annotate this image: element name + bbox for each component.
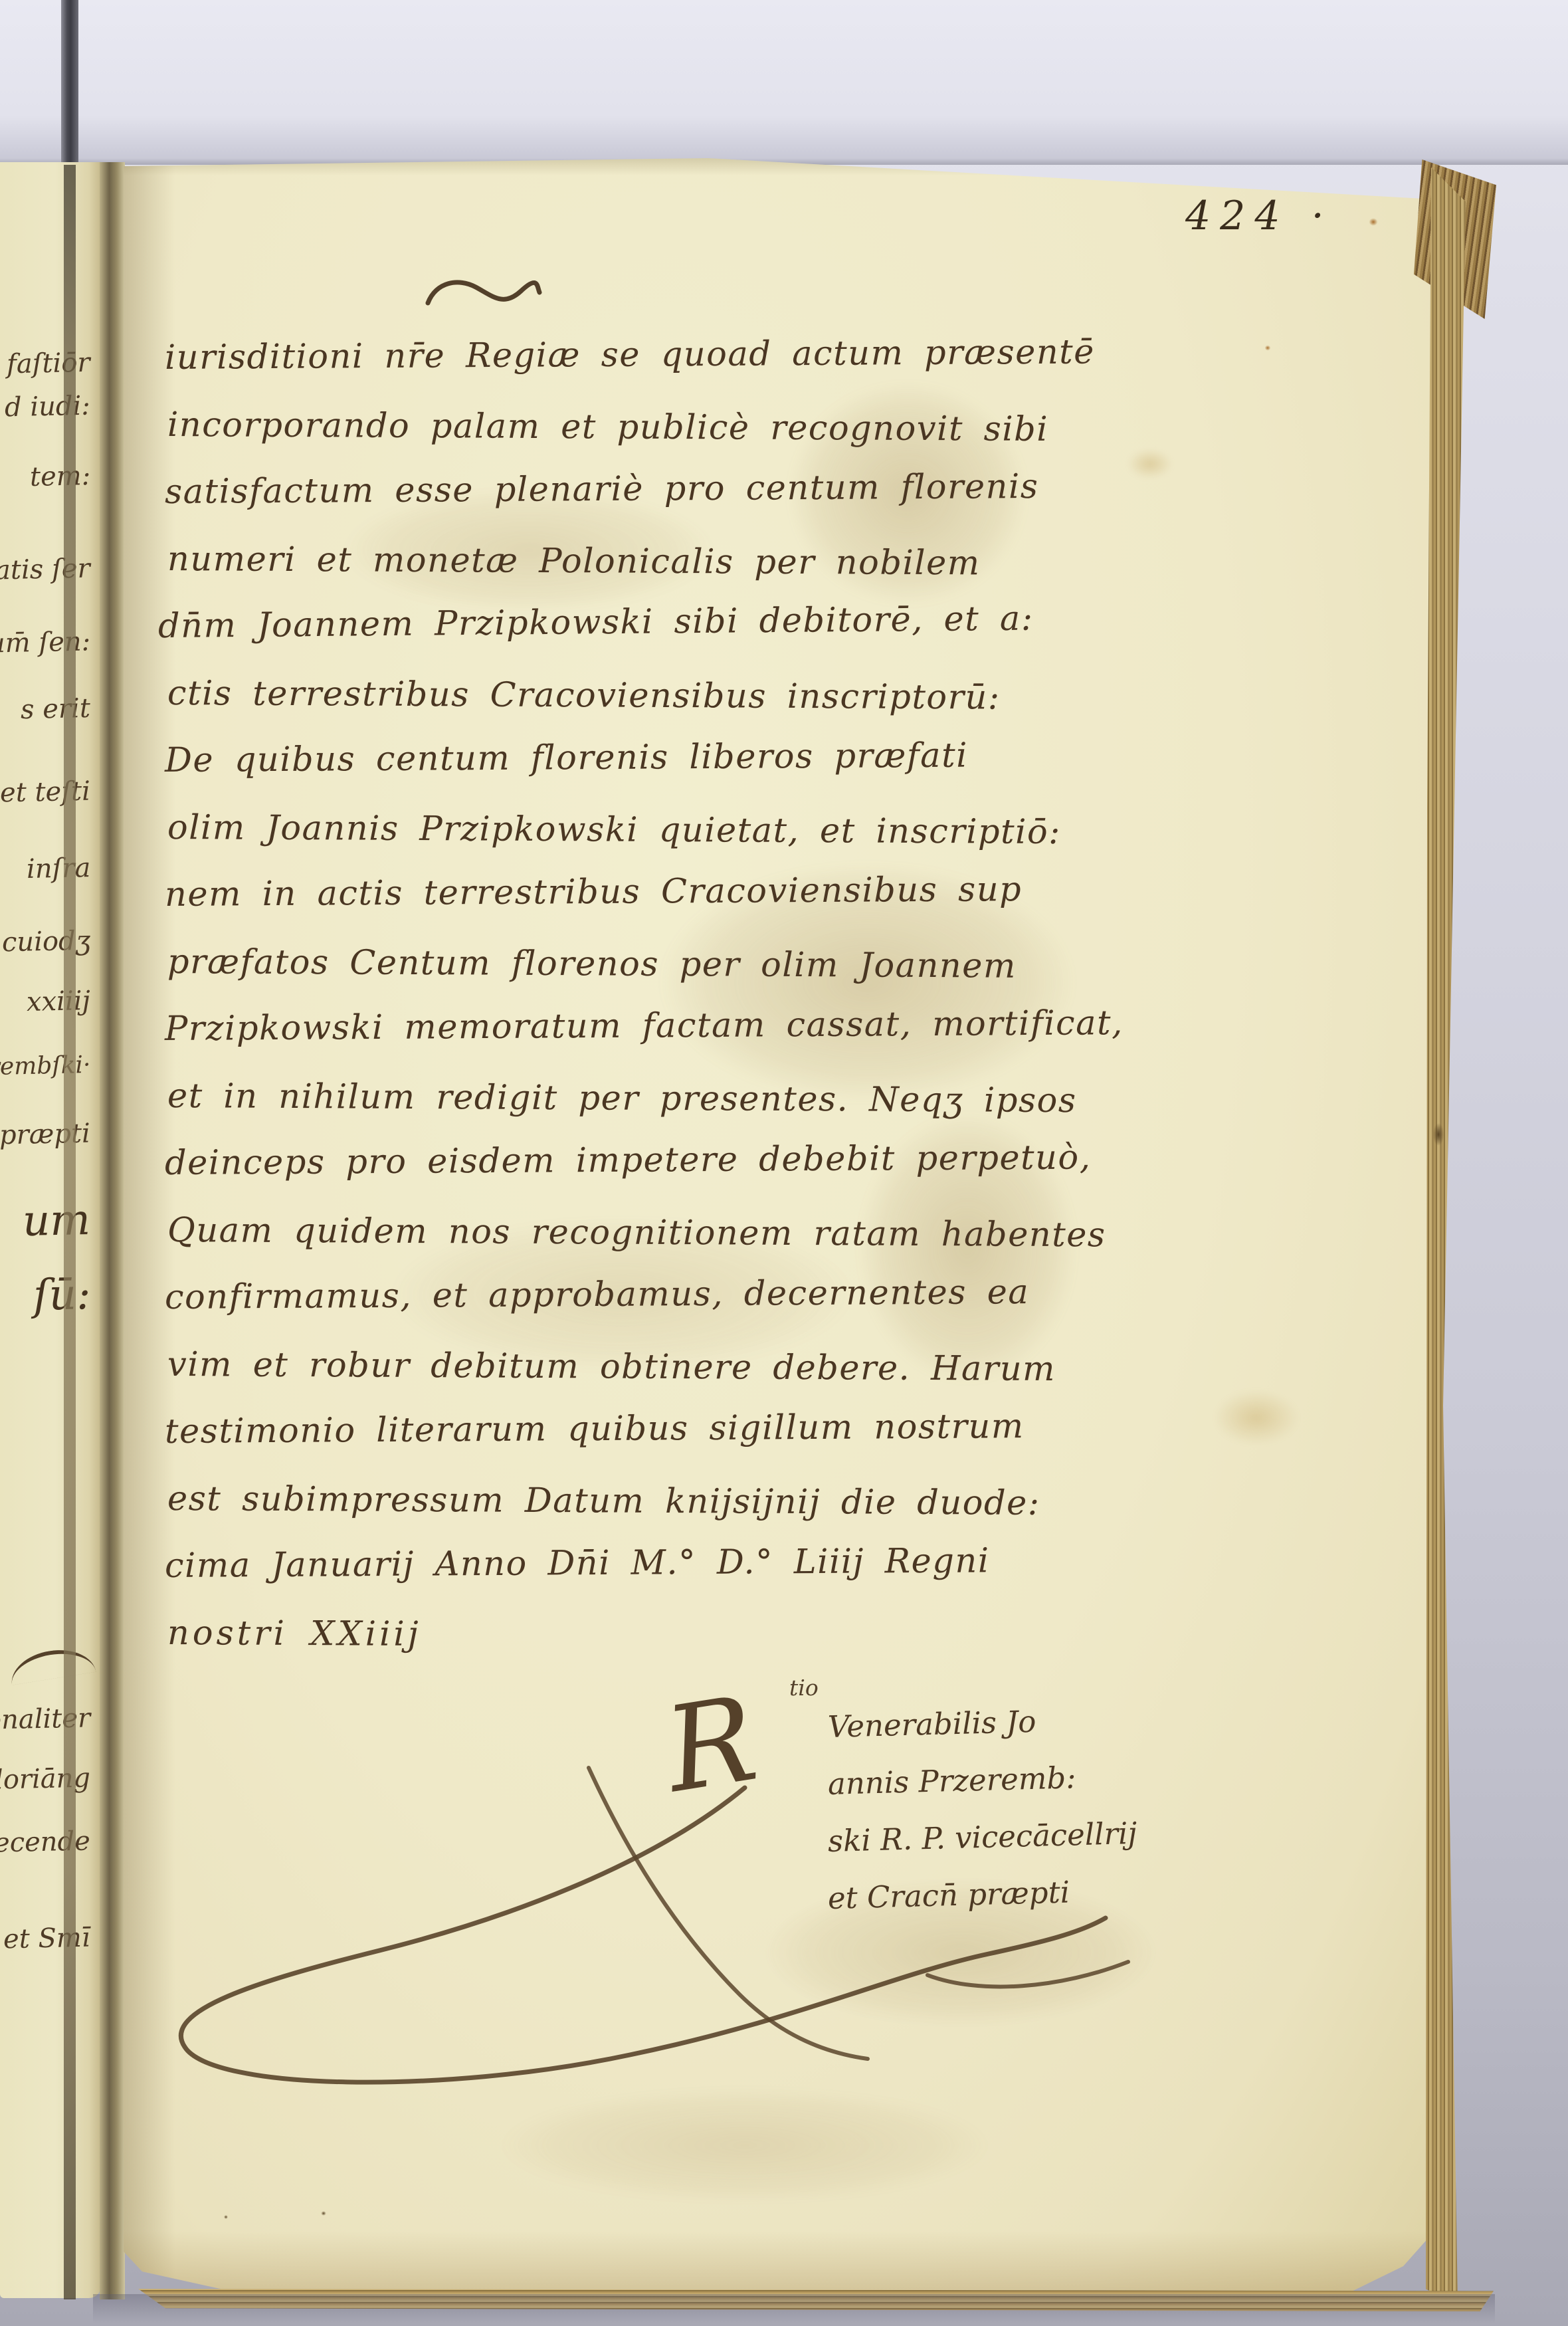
manuscript-line: iurisditioni nr̄e Regiæ se quoad actum p… xyxy=(165,318,1242,391)
verso-fragment: xxiiij xyxy=(27,986,91,1017)
fore-edge-stack xyxy=(1426,167,1466,2302)
signature-superscript: tio xyxy=(789,1675,819,1701)
gutter-shadow xyxy=(100,162,125,2299)
rust-stain xyxy=(1367,217,1379,227)
pen-squiggle xyxy=(424,276,543,319)
manuscript-line: nem in actis terrestribus Cracoviensibus… xyxy=(165,855,1242,928)
verso-fragment: et Smī xyxy=(3,1923,91,1955)
manuscript-line: testimonio literarum quibus sigillum nos… xyxy=(165,1392,1242,1465)
gutter-crease xyxy=(64,165,76,2299)
verso-fragment: faſtiōr xyxy=(7,348,90,380)
manuscript-line: De quibus centum florenis liberos præfat… xyxy=(165,720,1242,794)
verso-fragment: cuiodʒ xyxy=(1,926,90,958)
verso-fragment: ſū: xyxy=(33,1270,91,1321)
folio-number: 424 · xyxy=(1185,193,1333,239)
verso-fragment: s erit xyxy=(21,693,91,725)
manuscript-page: 424 · iurisditioni nr̄e Regiæ se quoad a… xyxy=(124,158,1435,2294)
verso-fragment: onaliter xyxy=(0,1703,90,1735)
verso-fragment: um̄ ſen: xyxy=(0,626,90,659)
backing-sheet xyxy=(0,0,1568,165)
ink-speck xyxy=(320,2210,327,2216)
book-clamp-rod xyxy=(61,0,78,167)
manuscript-line: satisfactum esse plenariè pro centum flo… xyxy=(165,452,1242,526)
manuscript-scan: faſtiōr d iudi: tem: atis ſer um̄ ſen: s… xyxy=(0,0,1568,2326)
verso-fragment: præpti xyxy=(0,1118,90,1151)
text-block: iurisditioni nr̄e Regiæ se quoad actum p… xyxy=(165,324,1241,1667)
verso-fragment: et teſti xyxy=(0,776,90,809)
verso-fragment: um xyxy=(22,1196,90,1246)
fore-edge-spot xyxy=(1431,1119,1446,1150)
facing-page-edge: faſtiōr d iudi: tem: atis ſer um̄ ſen: s… xyxy=(0,162,101,2298)
verso-fragment: loriāng xyxy=(0,1762,90,1795)
signature-block: tio R Venerabilis Jo annis Przeremb: ski… xyxy=(629,1681,1293,2147)
verso-fragment: ʒerembſki· xyxy=(0,1051,90,1081)
signature-flourish xyxy=(124,1754,1266,2140)
verso-fragment: inſra xyxy=(26,853,90,885)
manuscript-line: Przipkowski memoratum factam cassat, mor… xyxy=(165,989,1242,1063)
page-drop-shadow xyxy=(93,2294,1495,2323)
verso-fragment: d iudi: xyxy=(5,391,91,423)
bottom-edge-shading xyxy=(124,2231,1435,2294)
rust-stain xyxy=(1264,344,1272,352)
verso-fragment: ecende xyxy=(0,1826,90,1858)
signature-line: Venerabilis Jo xyxy=(827,1691,1138,1756)
manuscript-line: nostri XXiiij xyxy=(167,1600,1244,1672)
manuscript-line: dn̄m Joannem Przipkowski sibi debitorē, … xyxy=(158,583,1235,660)
verso-fragment: tem: xyxy=(29,461,90,492)
manuscript-line: cima Januarij Anno Dn̄i M.° D.° Liiij Re… xyxy=(165,1526,1242,1600)
manuscript-line: confirmamus, et approbamus, decernentes … xyxy=(165,1257,1242,1331)
verso-fragment: atis ſer xyxy=(0,554,90,586)
pen-flourish xyxy=(8,1644,96,1685)
manuscript-line: deinceps pro eisdem impetere debebit per… xyxy=(165,1123,1242,1197)
ink-speck xyxy=(223,2214,229,2220)
